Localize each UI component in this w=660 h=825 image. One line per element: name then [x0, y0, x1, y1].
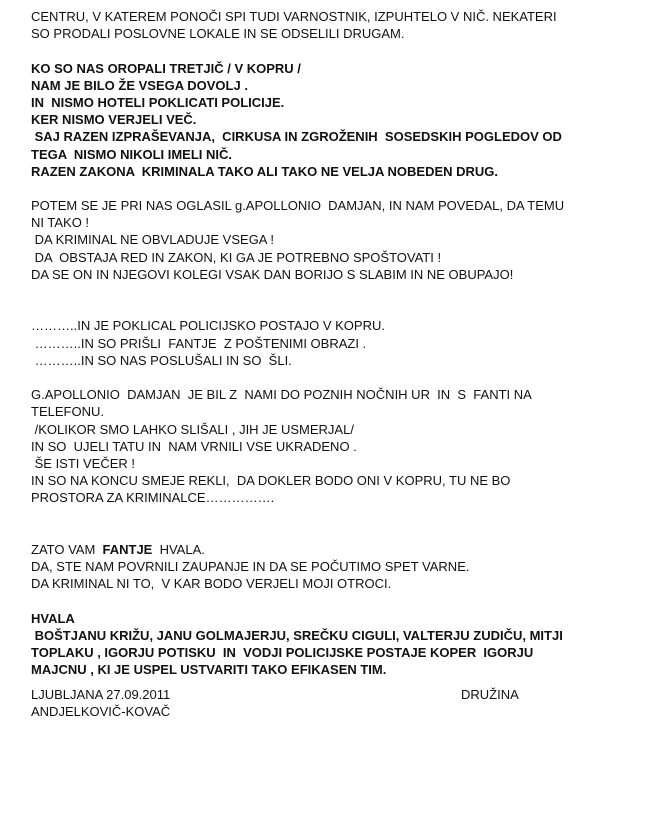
text-line: CENTRU, V KATEREM PONOČI SPI TUDI VARNOS… [31, 8, 641, 25]
text-line: ŠE ISTI VEČER ! [31, 455, 641, 472]
text-line: HVALA [31, 610, 641, 627]
text-fragment: ZATO VAM [31, 542, 103, 557]
place-date: LJUBLJANA 27.09.2011 [31, 686, 631, 703]
night-paragraph: G.APOLLONIO DAMJAN JE BIL Z NAMI DO POZN… [31, 386, 641, 506]
text-line: TOPLAKU , IGORJU POTISKU IN VODJI POLICI… [31, 644, 641, 661]
text-fragment: HVALA. [152, 542, 205, 557]
text-line: DA KRIMINAL NI TO, V KAR BODO VERJELI MO… [31, 575, 641, 592]
text-line: ………..IN SO PRIŠLI FANTJE Z POŠTENIMI OBR… [31, 335, 641, 352]
text-line: ………..IN JE POKLICAL POLICIJSKO POSTAJO V… [31, 317, 641, 334]
text-line: KER NISMO VERJELI VEČ. [31, 111, 641, 128]
text-line: /KOLIKOR SMO LAHKO SLIŠALI , JIH JE USME… [31, 421, 641, 438]
text-line: RAZEN ZAKONA KRIMINALA TAKO ALI TAKO NE … [31, 163, 641, 180]
family-name: ANDJELKOVIČ-KOVAČ [31, 703, 631, 720]
text-line: POTEM SE JE PRI NAS OGLASIL g.APOLLONIO … [31, 197, 641, 214]
thanks-paragraph: ZATO VAM FANTJE HVALA. DA, STE NAM POVRN… [31, 541, 641, 593]
text-line: IN NISMO HOTELI POKLICATI POLICIJE. [31, 94, 641, 111]
family-label: DRUŽINA [461, 686, 519, 703]
text-line: TELEFONU. [31, 403, 641, 420]
police-paragraph: ………..IN JE POKLICAL POLICIJSKO POSTAJO V… [31, 317, 641, 369]
text-line: ………..IN SO NAS POSLUŠALI IN SO ŠLI. [31, 352, 641, 369]
text-line: ZATO VAM FANTJE HVALA. [31, 541, 641, 558]
text-line: TEGA NISMO NIKOLI IMELI NIČ. [31, 146, 641, 163]
text-line: NI TAKO ! [31, 214, 641, 231]
text-line: SAJ RAZEN IZPRAŠEVANJA, CIRKUSA IN ZGROŽ… [31, 128, 641, 145]
text-line: MAJCNU , KI JE USPEL USTVARITI TAKO EFIK… [31, 661, 641, 678]
text-line: G.APOLLONIO DAMJAN JE BIL Z NAMI DO POZN… [31, 386, 641, 403]
hvala-paragraph: HVALA BOŠTJANU KRIŽU, JANU GOLMAJERJU, S… [31, 610, 641, 679]
text-line: IN SO NA KONCU SMEJE REKLI, DA DOKLER BO… [31, 472, 641, 489]
text-line: DA KRIMINAL NE OBVLADUJE VSEGA ! [31, 231, 641, 248]
letter-body: CENTRU, V KATEREM PONOČI SPI TUDI VARNOS… [31, 8, 641, 678]
text-line: KO SO NAS OROPALI TRETJIČ / V KOPRU / [31, 60, 641, 77]
text-line: BOŠTJANU KRIŽU, JANU GOLMAJERJU, SREČKU … [31, 627, 641, 644]
intro-paragraph: CENTRU, V KATEREM PONOČI SPI TUDI VARNOS… [31, 8, 641, 42]
emphasis-fantje: FANTJE [103, 542, 153, 557]
robbery-paragraph: KO SO NAS OROPALI TRETJIČ / V KOPRU / NA… [31, 60, 641, 180]
text-line: DA, STE NAM POVRNILI ZAUPANJE IN DA SE P… [31, 558, 641, 575]
signature-block: LJUBLJANA 27.09.2011 ANDJELKOVIČ-KOVAČ D… [31, 686, 631, 720]
text-line: SO PRODALI POSLOVNE LOKALE IN SE ODSELIL… [31, 25, 641, 42]
text-line: NAM JE BILO ŽE VSEGA DOVOLJ . [31, 77, 641, 94]
text-line: DA OBSTAJA RED IN ZAKON, KI GA JE POTREB… [31, 249, 641, 266]
apollonio-paragraph: POTEM SE JE PRI NAS OGLASIL g.APOLLONIO … [31, 197, 641, 283]
text-line: IN SO UJELI TATU IN NAM VRNILI VSE UKRAD… [31, 438, 641, 455]
text-line: DA SE ON IN NJEGOVI KOLEGI VSAK DAN BORI… [31, 266, 641, 283]
text-line: PROSTORA ZA KRIMINALCE……………. [31, 489, 641, 506]
